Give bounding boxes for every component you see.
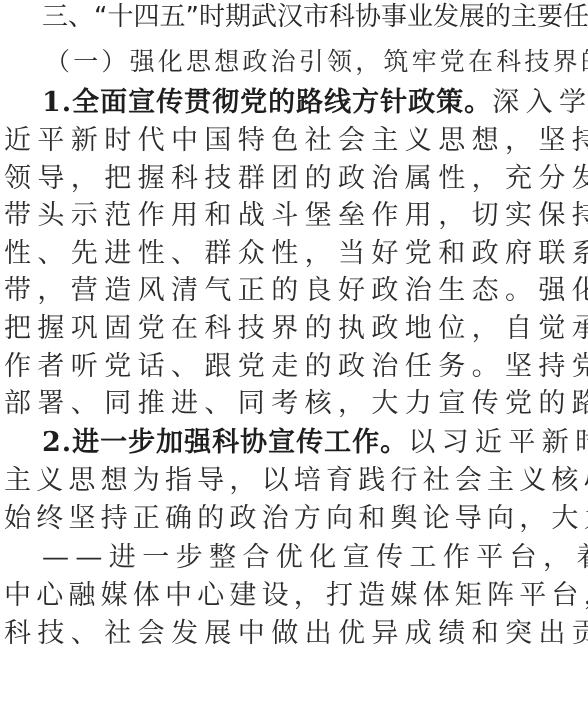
paragraph-line: 作者听党话、跟党走的政治任务。坚持党建与业务同谋划、同 [4, 348, 588, 385]
paragraph-line: 近平新时代中国特色社会主义思想，坚持党对科协事业的全面 [4, 122, 588, 159]
section-title: 三、“十四五”时期武汉市科协事业发展的主要任务 [42, 0, 582, 34]
paragraph-line: 带，营造风清气正的良好政治生态。强化思想引领作用，牢牢 [4, 272, 588, 309]
paragraph-1-heading: 1.全面宣传贯彻党的路线方针政策。 [42, 87, 492, 118]
paragraph-line: 部署、同推进、同考核，大力宣传党的路线方针政策。 [4, 385, 588, 422]
paragraph-line: 把握巩固党在科技界的执政地位，自觉承担起团结引领科技工 [4, 310, 588, 347]
paragraph-text: 以习近平新时代中国特色社会 [408, 427, 588, 458]
document-page: 三、“十四五”时期武汉市科协事业发展的主要任务 （一）强化思想政治引领，筑牢党在… [0, 0, 588, 706]
paragraph-line: 科技、社会发展中做出优异成绩和突出贡献的优秀科技工作者 [4, 615, 588, 652]
paragraph-line: 主义思想为指导，以培育践行社会主义核心价值观为核心内容， [4, 462, 588, 499]
paragraph-line: 领导，把握科技群团的政治属性，充分发挥各级科协党组织的 [4, 160, 588, 197]
subsection-title: （一）强化思想政治引领，筑牢党在科技界的执政之基 [45, 44, 585, 80]
paragraph-line: 始终坚持正确的政治方向和舆论导向，大力开展科技宣传工作。 [4, 500, 588, 537]
paragraph-line: 性、先进性、群众性，当好党和政府联系科技工作者的桥梁纽 [4, 235, 588, 272]
paragraph-line: ——进一步整合优化宣传工作平台，着力推进市科协宣教 [42, 539, 588, 576]
paragraph-line: 带头示范作用和战斗堡垒作用，切实保持党的群团工作的政治 [4, 197, 588, 234]
paragraph-2-line-1: 2.进一步加强科协宣传工作。以习近平新时代中国特色社会 [42, 424, 588, 461]
paragraph-line: 中心融媒体中心建设，打造媒体矩阵平台，着重对在武汉经济、 [4, 577, 588, 614]
paragraph-1-line-1: 1.全面宣传贯彻党的路线方针政策。深入学习宣传贯彻习 [42, 84, 588, 121]
paragraph-text: 深入学习宣传贯彻习 [492, 87, 588, 118]
paragraph-2-heading: 2.进一步加强科协宣传工作。 [42, 427, 408, 458]
